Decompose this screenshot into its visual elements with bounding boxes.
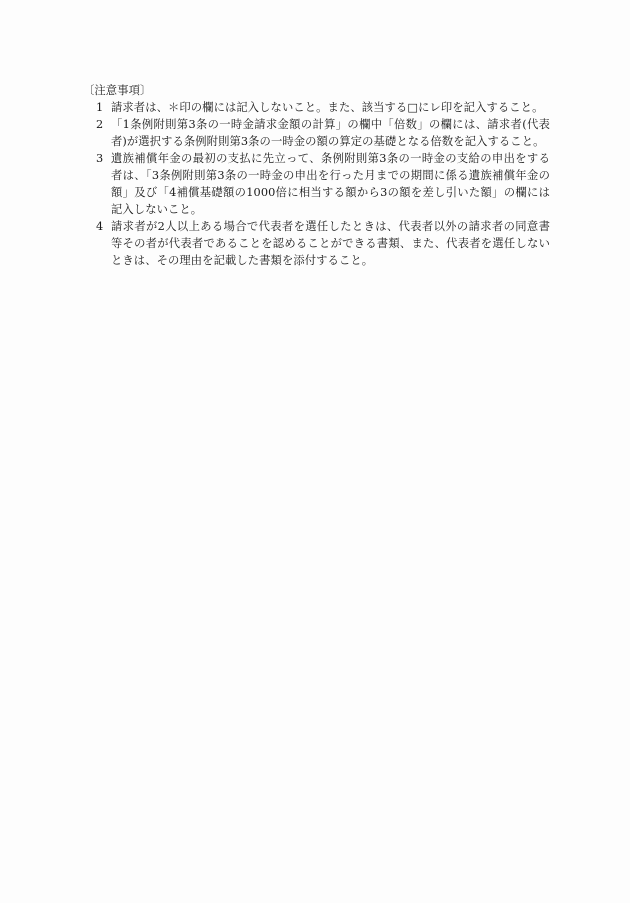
note-text: 遺族補償年金の最初の支払に先立って、条例附則第3条の一時金の支給の申出をする者は…	[111, 150, 550, 218]
notes-section: 〔注意事項〕 1 請求者は、＊印の欄には記入しないこと。また、該当する□にレ印を…	[84, 82, 550, 269]
notes-heading: 〔注意事項〕	[83, 82, 550, 99]
note-item-1: 1 請求者は、＊印の欄には記入しないこと。また、該当する□にレ印を記入すること。	[84, 99, 550, 116]
note-item-3: 3 遺族補償年金の最初の支払に先立って、条例附則第3条の一時金の支給の申出をする…	[84, 150, 550, 218]
note-number: 3	[96, 150, 103, 167]
note-number: 4	[96, 218, 103, 235]
note-item-4: 4 請求者が2人以上ある場合で代表者を選任したときは、代表者以外の請求者の同意書…	[84, 218, 550, 269]
note-text: 「1条例附則第3条の一時金請求金額の計算」の欄中「倍数」の欄には、請求者(代表者…	[111, 116, 550, 150]
note-number: 2	[96, 116, 103, 133]
note-text: 請求者は、＊印の欄には記入しないこと。また、該当する□にレ印を記入すること。	[111, 99, 550, 116]
note-text: 請求者が2人以上ある場合で代表者を選任したときは、代表者以外の請求者の同意書等そ…	[111, 218, 550, 269]
note-number: 1	[96, 99, 103, 116]
note-item-2: 2 「1条例附則第3条の一時金請求金額の計算」の欄中「倍数」の欄には、請求者(代…	[84, 116, 550, 150]
